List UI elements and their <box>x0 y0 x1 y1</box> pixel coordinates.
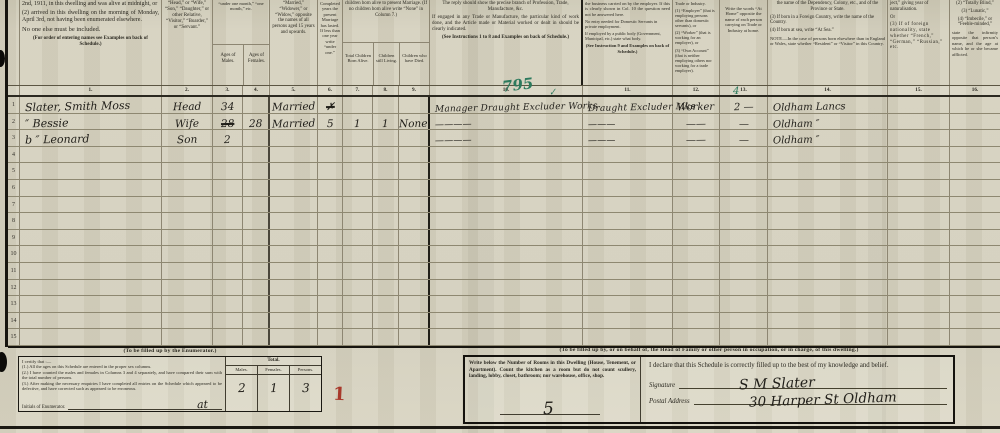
cell-occ: Manager Draught Excluder Works <box>430 97 583 113</box>
cell-age_f <box>243 97 270 113</box>
cell-years <box>318 313 343 329</box>
enumerator-box: I certify that :— (1.) All the ages on t… <box>18 356 322 412</box>
cell-age_m <box>213 246 243 262</box>
table-row: 11 <box>8 263 1000 280</box>
totals-females: Females. 1 <box>257 366 289 411</box>
table-row: 1Slater, Smith MossHead34Married✗Manager… <box>8 97 1000 114</box>
cell-birth: Oldham ″ <box>768 114 888 130</box>
header-employment-status: Trade or Industry. (1) “Employer” (that … <box>673 0 720 85</box>
cell-industry <box>583 163 673 179</box>
postal-address-label: Postal Address <box>649 398 690 405</box>
cell-age_m <box>213 163 243 179</box>
cell-name: b ″ Leonard <box>20 130 162 146</box>
cell-inf <box>950 213 1000 229</box>
header-text: state the infirmity opposite that person… <box>952 30 998 57</box>
header-ages-females: Ages of Females. <box>243 45 269 85</box>
header-text: No one else must be included. <box>22 26 159 33</box>
cell-age_f <box>243 130 270 146</box>
cell-marriage <box>270 296 318 312</box>
column-number: 9. <box>399 86 430 95</box>
cell-industry <box>583 263 673 279</box>
cell-years <box>318 246 343 262</box>
header-text: (4) “Imbecile,” or “Feeble-minded,” <box>952 17 998 29</box>
cell-rel <box>162 230 213 246</box>
table-row: 8 <box>8 213 1000 230</box>
cell-died <box>399 97 430 113</box>
table-row: 12 <box>8 280 1000 297</box>
table-row: 5 <box>8 163 1000 180</box>
cell-athome <box>720 280 768 296</box>
signature-label: Signature <box>649 382 675 389</box>
green-worker-mark: 4 <box>733 86 739 97</box>
cell-industry <box>583 280 673 296</box>
cell-n: 12 <box>8 280 20 296</box>
cell-birth <box>768 147 888 163</box>
cell-born <box>343 280 373 296</box>
cell-born <box>343 230 373 246</box>
cell-age_m <box>213 180 243 196</box>
header-relationship: “Head,” or “Wife,” “Son,” “Daughter,” or… <box>162 0 213 85</box>
cell-status: —— <box>673 130 720 146</box>
cell-age_m <box>213 329 243 345</box>
cell-died: None <box>399 114 430 130</box>
cell-name: Slater, Smith Moss <box>20 97 162 113</box>
cell-living <box>373 180 399 196</box>
header-nationality: ject,” giving year of naturalisation. Or… <box>888 0 950 85</box>
cell-born <box>343 97 373 113</box>
header-text: If engaged in any Trade or Manufacture, … <box>432 15 579 33</box>
cell-rel <box>162 147 213 163</box>
enumerator-box-title: (To be filled up by the Enumerator.) <box>18 348 322 354</box>
cell-occ: ———— <box>430 114 583 130</box>
cell-inf <box>950 147 1000 163</box>
table-row: 4 <box>8 147 1000 164</box>
punch-hole <box>0 352 7 372</box>
cell-rel <box>162 329 213 345</box>
header-text: Trade or Industry. <box>675 1 717 6</box>
header-years-married: Completed years the present Marriage has… <box>318 0 343 85</box>
declaration-section: I declare that this Schedule is correctl… <box>641 357 953 422</box>
cell-marriage: Married <box>270 97 318 113</box>
cell-industry: ——— <box>583 130 673 146</box>
table-row: 7 <box>8 197 1000 214</box>
cell-born <box>343 130 373 146</box>
rooms-section: Write below the Number of Rooms in this … <box>465 357 641 422</box>
rooms-instructions: Write below the Number of Rooms in this … <box>469 360 636 380</box>
column-number: 7. <box>343 86 373 95</box>
cell-inf <box>950 296 1000 312</box>
cell-living <box>373 97 399 113</box>
cell-athome <box>720 230 768 246</box>
handwritten-entry: Slater, Smith Moss <box>25 98 131 115</box>
males-label: Males. <box>226 366 257 375</box>
totals-table: Total. Males. 2 Females. 1 Persons. 3 <box>225 357 321 411</box>
cell-born <box>343 163 373 179</box>
postal-address-handwriting: 30 Harper St Oldham <box>748 390 896 410</box>
cell-n: 9 <box>8 230 20 246</box>
cell-born <box>343 329 373 345</box>
cell-n: 11 <box>8 263 20 279</box>
cell-died <box>399 296 430 312</box>
header-text: (3) If of foreign nationality, state whe… <box>890 22 947 51</box>
cell-died <box>399 280 430 296</box>
header-birthplace: the name of the Dependency, Colony, etc.… <box>768 0 888 85</box>
cell-age_f <box>243 197 270 213</box>
initials-line: at <box>68 400 222 410</box>
cell-name: ″ Bessie <box>20 114 162 130</box>
initials-row: Initials of Enumerator. at <box>22 400 222 410</box>
cell-age_m <box>213 213 243 229</box>
cell-age_m <box>213 147 243 163</box>
table-row: 2″ BessieWife2828Married511None—————————… <box>8 114 1000 131</box>
cell-rel <box>162 180 213 196</box>
cell-nat <box>888 213 950 229</box>
cell-died <box>399 263 430 279</box>
cell-years <box>318 180 343 196</box>
signature-line: S M Slater <box>679 376 947 389</box>
cell-age_m <box>213 280 243 296</box>
header-ages: “under one month,” “one month,” etc. Age… <box>213 0 270 85</box>
cell-athome <box>720 313 768 329</box>
cell-age_m <box>213 313 243 329</box>
table-header: 2nd, 1911, in this dwelling and was aliv… <box>8 0 1000 85</box>
cell-occ <box>430 246 583 262</box>
cell-born <box>343 246 373 262</box>
header-text: (3) If born in a Foreign Country, write … <box>770 15 885 27</box>
cell-birth <box>768 180 888 196</box>
cell-nat <box>888 246 950 262</box>
cell-years <box>318 280 343 296</box>
column-number: 13. <box>720 86 768 95</box>
header-text: Completed years the present Marriage has… <box>320 1 340 55</box>
cell-occ <box>430 263 583 279</box>
header-text: (See Instructions 1 to 8 and Examples on… <box>432 35 579 41</box>
cell-name <box>20 246 162 262</box>
cell-age_f <box>243 163 270 179</box>
cell-living <box>373 296 399 312</box>
table-body: 1Slater, Smith MossHead34Married✗Manager… <box>8 97 1000 348</box>
cell-status <box>673 197 720 213</box>
cell-inf <box>950 180 1000 196</box>
cell-died <box>399 329 430 345</box>
cell-rel <box>162 163 213 179</box>
cell-age_f <box>243 147 270 163</box>
cell-industry: ——— <box>583 114 673 130</box>
cell-name <box>20 296 162 312</box>
cell-died <box>399 230 430 246</box>
cell-status <box>673 329 720 345</box>
red-tally-mark: 1 <box>332 384 346 406</box>
header-occupation: The reply should show the precise branch… <box>430 0 583 85</box>
cell-marriage <box>270 197 318 213</box>
totals-persons: Persons. 3 <box>289 366 321 411</box>
cell-industry <box>583 147 673 163</box>
cell-living <box>373 213 399 229</box>
cell-birth <box>768 329 888 345</box>
cell-years <box>318 147 343 163</box>
cell-living <box>373 313 399 329</box>
header-text: (2) “Totally Blind,” <box>952 1 998 7</box>
cell-industry <box>583 313 673 329</box>
females-label: Females. <box>258 366 289 375</box>
cell-status: —— <box>673 114 720 130</box>
cell-athome <box>720 147 768 163</box>
cell-inf <box>950 329 1000 345</box>
cell-inf <box>950 263 1000 279</box>
cell-birth: Oldham ″ <box>768 130 888 146</box>
cell-industry <box>583 197 673 213</box>
header-at-home: Write the words “At Home” opposite the n… <box>720 0 768 85</box>
cell-status <box>673 280 720 296</box>
cell-living <box>373 280 399 296</box>
header-ages-males: Ages of Males. <box>213 45 243 85</box>
cell-status <box>673 296 720 312</box>
cell-living <box>373 147 399 163</box>
cell-birth <box>768 263 888 279</box>
cell-nat <box>888 130 950 146</box>
column-number: 12. <box>673 86 720 95</box>
household-box: Write below the Number of Rooms in this … <box>463 355 955 424</box>
cell-marriage <box>270 180 318 196</box>
cell-n: 7 <box>8 197 20 213</box>
bottom-rule <box>0 426 1000 429</box>
rownum-strip-cell <box>8 86 20 95</box>
cell-died <box>399 213 430 229</box>
header-children: children born alive to present Marriage.… <box>343 0 430 85</box>
cell-rel <box>162 313 213 329</box>
totals-header: Total. <box>226 357 321 366</box>
cell-industry <box>583 246 673 262</box>
cell-name <box>20 163 162 179</box>
cell-marriage <box>270 147 318 163</box>
cell-died <box>399 180 430 196</box>
header-text: children born alive to present Marriage.… <box>343 0 429 42</box>
cell-athome: — <box>720 114 768 130</box>
cell-nat <box>888 97 950 113</box>
cell-nat <box>888 296 950 312</box>
cell-athome: — <box>720 130 768 146</box>
cell-marriage <box>270 230 318 246</box>
green-schedule-number: 795 <box>501 74 534 96</box>
cell-age_m <box>213 230 243 246</box>
cell-occ <box>430 213 583 229</box>
table-row: 15 <box>8 329 1000 346</box>
handwritten-entry: b ″ Leonard <box>25 132 90 148</box>
column-number: 15. <box>888 86 950 95</box>
cell-name <box>20 313 162 329</box>
cell-age_m <box>213 263 243 279</box>
header-children-living: Children still Living. <box>373 43 399 85</box>
cell-years: 5 <box>318 114 343 130</box>
cell-athome <box>720 296 768 312</box>
header-text: (2) “Worker” (that is working for an emp… <box>675 30 717 45</box>
header-text: (2) arrived in this dwelling on the morn… <box>22 10 159 24</box>
cell-industry: Draught Excluder Mks <box>583 97 673 113</box>
cell-rel <box>162 296 213 312</box>
cell-marriage: Married <box>270 114 318 130</box>
persons-label: Persons. <box>290 366 321 375</box>
header-name: 2nd, 1911, in this dwelling and was aliv… <box>20 0 162 85</box>
cell-status <box>673 213 720 229</box>
cell-athome <box>720 180 768 196</box>
header-text: “under one month,” “one month,” etc. <box>213 0 269 44</box>
cell-inf <box>950 230 1000 246</box>
cell-rel <box>162 280 213 296</box>
cell-marriage <box>270 329 318 345</box>
header-rownum <box>8 0 20 85</box>
cell-died <box>399 147 430 163</box>
cell-born <box>343 296 373 312</box>
household-box-title: (To be filled up by, or on behalf of, th… <box>463 347 955 353</box>
cell-athome <box>720 329 768 345</box>
column-number: 1. <box>20 86 162 95</box>
enumerator-certification: I certify that :— (1.) All the ages on t… <box>19 357 225 411</box>
census-schedule: 2nd, 1911, in this dwelling and was aliv… <box>0 0 1000 433</box>
cell-occ <box>430 163 583 179</box>
cell-age_m: 2 <box>213 130 243 146</box>
cell-years <box>318 230 343 246</box>
header-text: ject,” giving year of naturalisation. <box>890 1 947 13</box>
cell-living: 1 <box>373 114 399 130</box>
cell-industry <box>583 213 673 229</box>
header-text: (See Instruction 9 and Examples on back … <box>585 43 670 54</box>
cell-died <box>399 313 430 329</box>
cell-died <box>399 163 430 179</box>
cell-inf <box>950 130 1000 146</box>
cell-living <box>373 197 399 213</box>
column-number: 4. <box>243 86 270 95</box>
cell-marriage <box>270 213 318 229</box>
declaration-text: I declare that this Schedule is correctl… <box>649 362 947 369</box>
table-row: 3b ″ LeonardSon2——————————Oldham ″ <box>8 130 1000 147</box>
cell-marriage <box>270 163 318 179</box>
cell-age_f <box>243 263 270 279</box>
males-value: 2 <box>237 375 245 401</box>
header-children-died: Children who have Died. <box>399 43 429 85</box>
cell-birth: Oldham Lancs <box>768 97 888 113</box>
header-text: Write the words “At Home” opposite the n… <box>722 6 765 33</box>
cell-marriage <box>270 130 318 146</box>
cell-born <box>343 213 373 229</box>
initials-label: Initials of Enumerator. <box>22 405 65 410</box>
cell-age_f <box>243 246 270 262</box>
cell-marriage <box>270 246 318 262</box>
cell-n: 15 <box>8 329 20 345</box>
header-text: (4) If born at sea, write “At Sea.” <box>770 28 885 34</box>
cell-birth <box>768 313 888 329</box>
cell-n: 13 <box>8 296 20 312</box>
header-marriage: “Married,” “Widower,” or “Widow,” opposi… <box>270 0 318 85</box>
cell-status <box>673 180 720 196</box>
column-number: 2. <box>162 86 213 95</box>
column-number: 16. <box>950 86 1000 95</box>
handwritten-entry: ″ Bessie <box>25 115 69 131</box>
cell-nat <box>888 197 950 213</box>
cell-age_f <box>243 180 270 196</box>
cell-years: ✗ <box>318 97 343 113</box>
header-text: (3) “Own Account” (that is neither emplo… <box>675 48 717 73</box>
cell-occ <box>430 296 583 312</box>
header-text: the business carried on by the employer.… <box>585 1 670 17</box>
cell-nat <box>888 230 950 246</box>
cell-name <box>20 180 162 196</box>
cell-occ <box>430 280 583 296</box>
cell-marriage <box>270 263 318 279</box>
header-text: (3) “Lunatic,” <box>952 9 998 15</box>
header-text: “Head,” or “Wife,” “Son,” “Daughter,” or… <box>164 1 210 31</box>
cell-athome: 2 — <box>720 97 768 113</box>
cell-birth <box>768 246 888 262</box>
cell-born: 1 <box>343 114 373 130</box>
header-text: (1) “Employer” (that is employing person… <box>675 8 717 28</box>
column-number: 8. <box>373 86 399 95</box>
column-number: 6. <box>318 86 343 95</box>
cell-occ <box>430 329 583 345</box>
cell-born <box>343 263 373 279</box>
cell-n: 14 <box>8 313 20 329</box>
cell-birth <box>768 197 888 213</box>
cell-age_m: 34 <box>213 97 243 113</box>
cell-n: 8 <box>8 213 20 229</box>
cell-athome <box>720 197 768 213</box>
cell-nat <box>888 147 950 163</box>
cell-died <box>399 246 430 262</box>
cell-birth <box>768 230 888 246</box>
cell-status <box>673 313 720 329</box>
signature-row: Signature S M Slater <box>649 376 947 389</box>
cell-age_f <box>243 296 270 312</box>
header-children-born: Total Children Born Alive. <box>343 43 373 85</box>
cell-rel <box>162 213 213 229</box>
cell-rel: Wife <box>162 114 213 130</box>
cell-died <box>399 130 430 146</box>
cell-athome <box>720 163 768 179</box>
cell-years <box>318 296 343 312</box>
cell-rel <box>162 246 213 262</box>
header-text: If employed by a public body (Government… <box>585 31 670 41</box>
cell-status <box>673 246 720 262</box>
cell-status <box>673 147 720 163</box>
cell-living <box>373 329 399 345</box>
cell-born <box>343 147 373 163</box>
cell-inf <box>950 280 1000 296</box>
column-number: 5. <box>270 86 318 95</box>
cell-living <box>373 130 399 146</box>
cell-nat <box>888 313 950 329</box>
cell-birth <box>768 296 888 312</box>
table-row: 13 <box>8 296 1000 313</box>
rooms-value: 5 <box>543 402 554 417</box>
cell-rel <box>162 263 213 279</box>
cell-n: 10 <box>8 246 20 262</box>
cell-nat <box>888 280 950 296</box>
cell-born <box>343 197 373 213</box>
cell-n: 4 <box>8 147 20 163</box>
cell-living <box>373 163 399 179</box>
cell-inf <box>950 163 1000 179</box>
cell-years <box>318 263 343 279</box>
cell-name <box>20 230 162 246</box>
cell-status <box>673 163 720 179</box>
column-number: 3. <box>213 86 243 95</box>
header-text: No entry needed for Domestic Servants in… <box>585 19 670 29</box>
cell-years <box>318 197 343 213</box>
cell-inf <box>950 197 1000 213</box>
cell-inf <box>950 246 1000 262</box>
cell-age_m: 28 <box>213 114 243 130</box>
cell-age_m <box>213 197 243 213</box>
cell-industry <box>583 180 673 196</box>
